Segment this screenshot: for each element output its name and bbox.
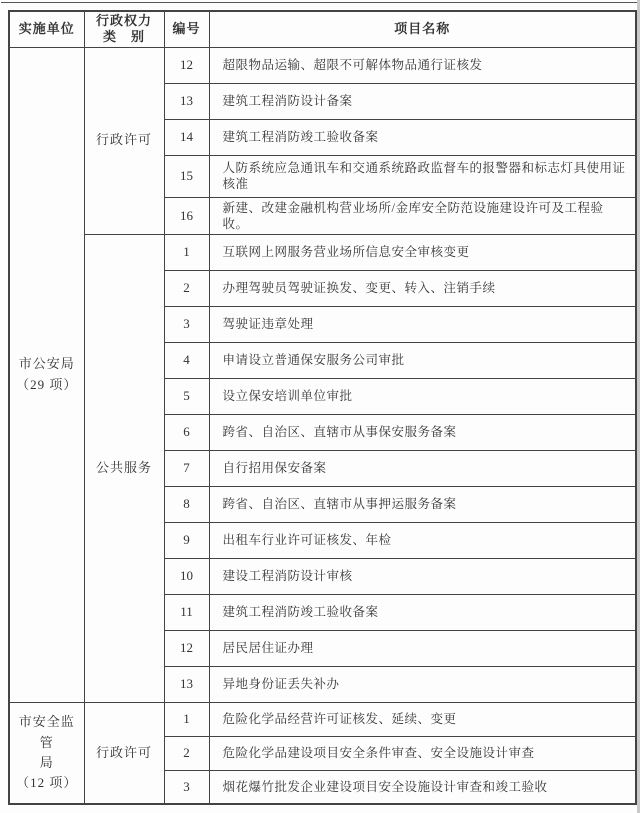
row-number: 1 [164, 234, 209, 270]
table-row: 市安全监管局（12 项）行政许可1危险化学品经营许可证核发、延续、变更 [9, 702, 636, 736]
row-number: 16 [164, 197, 209, 234]
category-cell: 行政许可 [84, 47, 164, 234]
row-number: 5 [164, 378, 209, 414]
row-number: 12 [164, 47, 209, 83]
header-row: 实施单位 行政权力 类 别 编号 项目名称 [9, 11, 636, 47]
project-name: 跨省、自治区、直辖市从事保安服务备案 [209, 414, 636, 450]
row-number: 11 [164, 594, 209, 630]
row-number: 15 [164, 155, 209, 197]
project-name: 驾驶证违章处理 [209, 306, 636, 342]
table-row: 市公安局（29 项）行政许可12超限物品运输、超限不可解体物品通行证核发 [9, 47, 636, 83]
col-header-unit: 实施单位 [9, 11, 84, 47]
col-header-category-line1: 行政权力 [96, 13, 152, 28]
project-name: 设立保安培训单位审批 [209, 378, 636, 414]
col-header-category: 行政权力 类 别 [84, 11, 164, 47]
project-name: 新建、改建金融机构营业场所/金库安全防范设施建设许可及工程验收。 [209, 197, 636, 234]
col-header-project: 项目名称 [209, 11, 636, 47]
row-number: 2 [164, 736, 209, 770]
row-number: 9 [164, 522, 209, 558]
project-name: 超限物品运输、超限不可解体物品通行证核发 [209, 47, 636, 83]
col-header-category-line2: 类 别 [103, 29, 145, 44]
row-number: 3 [164, 770, 209, 804]
col-header-number: 编号 [164, 11, 209, 47]
row-number: 3 [164, 306, 209, 342]
project-name: 跨省、自治区、直辖市从事押运服务备案 [209, 486, 636, 522]
category-cell: 公共服务 [84, 234, 164, 702]
unit-cell: 市安全监管局（12 项） [9, 702, 84, 804]
power-list-table: 实施单位 行政权力 类 别 编号 项目名称 市公安局（29 项）行政许可12超限… [8, 10, 637, 805]
table-row: 公共服务1互联网上网服务营业场所信息安全审核变更 [9, 234, 636, 270]
category-cell: 行政许可 [84, 702, 164, 804]
project-name: 烟花爆竹批发企业建设项目安全设施设计审查和竣工验收 [209, 770, 636, 804]
project-name: 居民居住证办理 [209, 630, 636, 666]
row-number: 6 [164, 414, 209, 450]
row-number: 12 [164, 630, 209, 666]
project-name: 建筑工程消防竣工验收备案 [209, 594, 636, 630]
project-name: 办理驾驶员驾驶证换发、变更、转入、注销手续 [209, 270, 636, 306]
row-number: 10 [164, 558, 209, 594]
project-name: 建筑工程消防竣工验收备案 [209, 119, 636, 155]
project-name: 建筑工程消防设计备案 [209, 83, 636, 119]
project-name: 异地身份证丢失补办 [209, 666, 636, 702]
row-number: 14 [164, 119, 209, 155]
row-number: 13 [164, 83, 209, 119]
top-rule [1, 2, 637, 3]
unit-cell: 市公安局（29 项） [9, 47, 84, 702]
table-header: 实施单位 行政权力 类 别 编号 项目名称 [9, 11, 636, 47]
row-number: 8 [164, 486, 209, 522]
row-number: 2 [164, 270, 209, 306]
row-number: 7 [164, 450, 209, 486]
project-name: 危险化学品经营许可证核发、延续、变更 [209, 702, 636, 736]
row-number: 4 [164, 342, 209, 378]
project-name: 危险化学品建设项目安全条件审查、安全设施设计审查 [209, 736, 636, 770]
table-body: 市公安局（29 项）行政许可12超限物品运输、超限不可解体物品通行证核发13建筑… [9, 47, 636, 804]
row-number: 1 [164, 702, 209, 736]
project-name: 自行招用保安备案 [209, 450, 636, 486]
project-name: 人防系统应急通讯车和交通系统路政监督车的报警器和标志灯具使用证核准 [209, 155, 636, 197]
document-page: 实施单位 行政权力 类 别 编号 项目名称 市公安局（29 项）行政许可12超限… [0, 0, 640, 813]
project-name: 出租车行业许可证核发、年检 [209, 522, 636, 558]
row-number: 13 [164, 666, 209, 702]
project-name: 申请设立普通保安服务公司审批 [209, 342, 636, 378]
project-name: 互联网上网服务营业场所信息安全审核变更 [209, 234, 636, 270]
project-name: 建设工程消防设计审核 [209, 558, 636, 594]
